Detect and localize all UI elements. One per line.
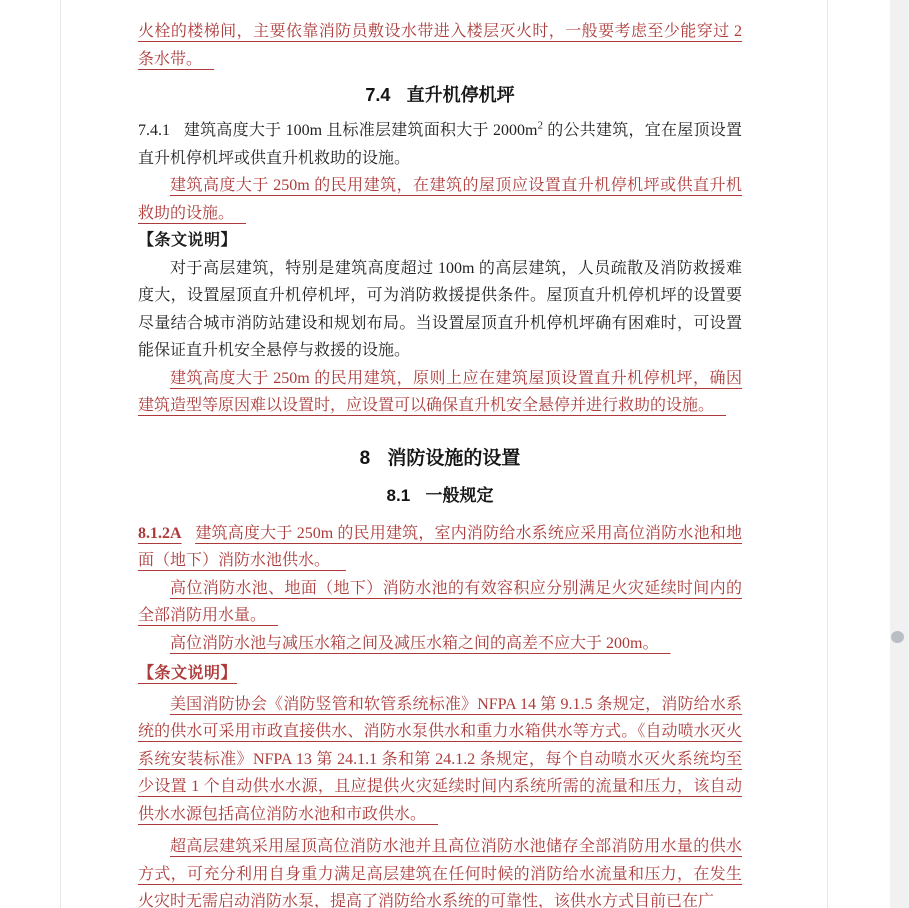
chapter-title: 消防设施的设置	[387, 448, 520, 469]
explanation-label-red: 【条文说明】	[138, 660, 742, 688]
explanation-paragraph-highrise: 对于高层建筑，特别是建筑高度超过 100m 的高层建筑，人员疏散及消防救援难度大…	[138, 255, 742, 365]
revision-paragraph-hose: 火栓的楼梯间，主要依靠消防员敷设水带进入楼层灭火时，一般要考虑至少能穿过 2 条…	[138, 18, 742, 73]
document-page: 火栓的楼梯间，主要依靠消防员敷设水带进入楼层灭火时，一般要考虑至少能穿过 2 条…	[60, 0, 828, 908]
clause-text: 建筑高度大于 100m 且标准层建筑面积大于 2000m	[184, 122, 538, 139]
clause-number: 7.4.1	[138, 122, 170, 139]
section-heading-7-4: 7.4直升机停机坪	[138, 80, 742, 110]
revision-paragraph-helipad: 建筑高度大于 250m 的民用建筑，在建筑的屋顶应设置直升机停机坪或供直升机救助…	[138, 172, 742, 227]
revision-paragraph-gravity: 超高层建筑采用屋顶高位消防水池并且高位消防水池储存全部消防用水量的供水方式，可充…	[138, 833, 742, 908]
revision-paragraph-nfpa: 美国消防协会《消防竖管和软管系统标准》NFPA 14 第 9.1.5 条规定，消…	[138, 691, 742, 829]
scrollbar-thumb[interactable]	[891, 631, 904, 643]
section-title: 一般规定	[425, 486, 493, 505]
section-title: 直升机停机坪	[407, 85, 515, 105]
clause-7-4-1: 7.4.1建筑高度大于 100m 且标准层建筑面积大于 2000m2 的公共建筑…	[138, 117, 742, 172]
clause-number: 8.1.2A	[138, 525, 182, 542]
section-heading-8-1: 8.1一般规定	[138, 481, 742, 511]
chapter-heading-8: 8消防设施的设置	[138, 443, 742, 475]
clause-8-1-2A: 8.1.2A建筑高度大于 250m 的民用建筑，室内消防给水系统应采用高位消防水…	[138, 520, 742, 575]
chapter-number: 8	[360, 448, 371, 469]
revision-paragraph-pool-volume: 高位消防水池、地面（地下）消防水池的有效容积应分别满足火灾延续时间内的全部消防用…	[138, 575, 742, 630]
revision-paragraph-roof: 建筑高度大于 250m 的民用建筑，原则上应在建筑屋顶设置直升机停机坪，确因建筑…	[138, 365, 742, 420]
revision-paragraph-pool-height: 高位消防水池与减压水箱之间及减压水箱之间的高差不应大于 200m。	[138, 630, 742, 658]
section-number: 7.4	[365, 85, 390, 105]
clause-text: 建筑高度大于 250m 的民用建筑，室内消防给水系统应采用高位消防水池和地面（地…	[138, 525, 742, 570]
scrollbar-track[interactable]	[890, 0, 909, 908]
explanation-label-black: 【条文说明】	[138, 227, 742, 255]
section-number: 8.1	[387, 486, 411, 505]
